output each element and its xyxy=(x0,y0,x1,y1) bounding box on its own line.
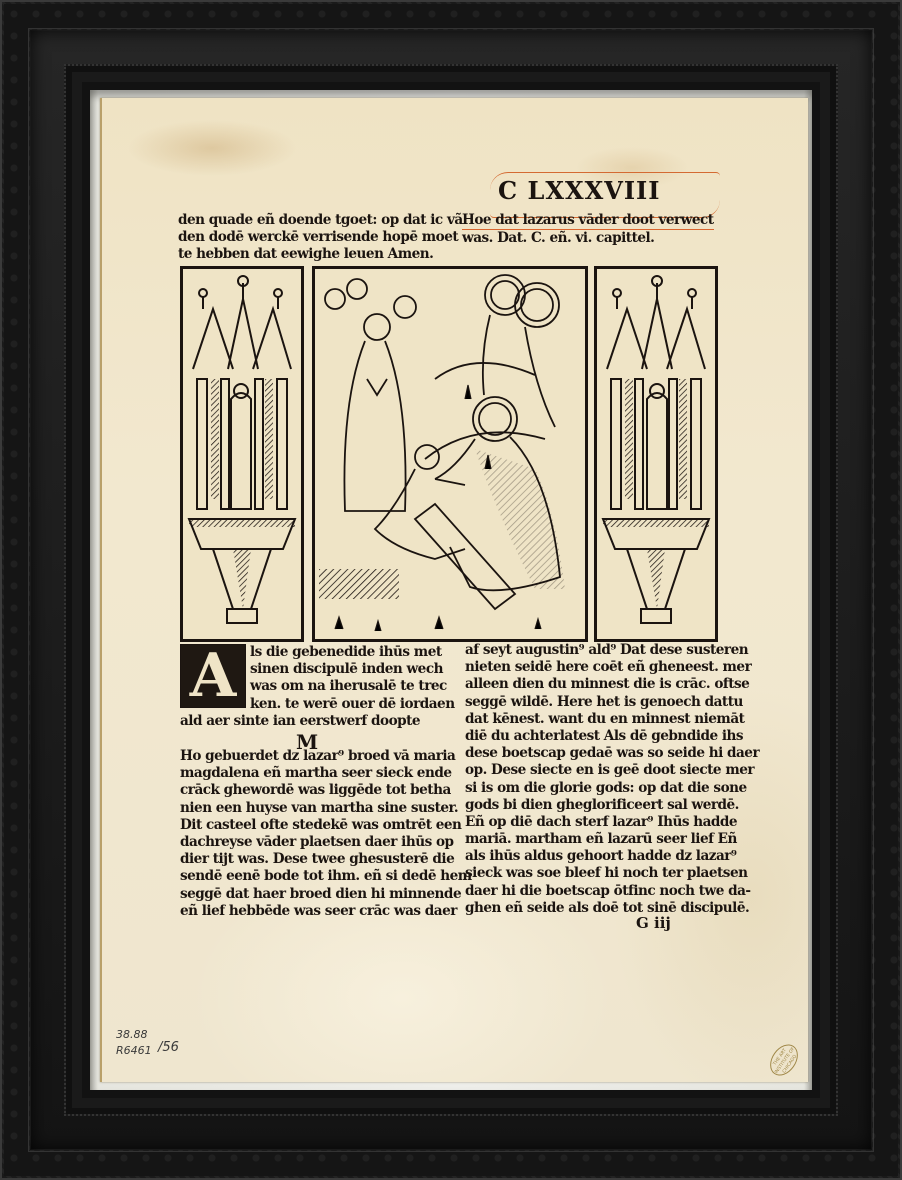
text-line: mariā. martham eñ lazarū seer lief Eñ xyxy=(465,831,759,848)
text-line: daer hi die boetscap ōtfinc noch twe da- xyxy=(465,883,759,900)
woodcut-right-niche xyxy=(594,266,718,642)
woodcut-raising-of-lazarus xyxy=(312,266,588,642)
text-line: den quade eñ doende tgoet: op dat ic vã xyxy=(178,212,463,229)
text-line: sendē eenē bode tot ihm. eñ si dedē hem xyxy=(180,868,472,885)
text-line: Eñ op diē dach sterf lazar⁹ Ihūs hadde xyxy=(465,814,759,831)
text-line: ken. te werē ouer dē iordaen xyxy=(250,696,455,713)
text-line: te hebben dat eewighe leuen Amen. xyxy=(178,246,463,263)
chapter-heading: Hoe dat lazarus vāder doot verwect was. … xyxy=(462,212,714,247)
text-line: seggē dat haer broed dien hi minnende xyxy=(180,886,472,903)
decorated-initial-a: A xyxy=(180,644,246,708)
text-line: sinen discipulē inden wech xyxy=(250,661,455,678)
text-line: dat kēnest. want du en minnest niemāt xyxy=(465,711,759,728)
text-line: ald aer sinte ian eerstwerf doopte xyxy=(180,713,420,730)
left-column-indented: ls die gebenedide ihūs met sinen discipu… xyxy=(250,644,455,713)
signature-mark: G iij xyxy=(636,914,671,932)
text-line: diē du achterlatest Als dē gebndide ihs xyxy=(465,728,759,745)
pencil-suffix: /56 xyxy=(158,1040,179,1055)
heading-line: Hoe dat lazarus vāder doot verwect xyxy=(462,212,714,230)
text-line: dier tijt was. Dese twee ghesusterē die xyxy=(180,851,472,868)
woodcut-left-niche xyxy=(180,266,304,642)
text-line: gods bi dien gheglorificeert sal werdē. xyxy=(465,797,759,814)
left-column-text: Ho gebuerdet dz lazar⁹ broed vā maria ma… xyxy=(180,748,472,920)
text-line: dachreyse vāder plaetsen daer ihūs op xyxy=(180,834,472,851)
raising-of-lazarus-scene-icon xyxy=(315,269,585,639)
text-line: af seyt augustin⁹ ald⁹ Dat dese susteren xyxy=(465,642,759,659)
text-line: was om na iherusalē te trec xyxy=(250,678,455,695)
text-line: als ihūs aldus gehoort hadde dz lazar⁹ xyxy=(465,848,759,865)
folio-number: C LXXXVIII xyxy=(498,176,661,205)
pencil-catalog-number: R6461 xyxy=(116,1044,152,1057)
text-line: ghen eñ seide als doē tot sinē discipulē… xyxy=(465,900,759,917)
text-line: Ho gebuerdet dz lazar⁹ broed vā maria xyxy=(180,748,472,765)
right-column-text: af seyt augustin⁹ ald⁹ Dat dese susteren… xyxy=(465,642,759,917)
text-line: seggē wildē. Here het is genoech dattu xyxy=(465,694,759,711)
text-line: sieck was soe bleef hi noch ter plaetsen xyxy=(465,865,759,882)
text-line: Dit casteel ofte stedekē was omtrēt een xyxy=(180,817,472,834)
text-line: magdalena eñ martha seer sieck ende xyxy=(180,765,472,782)
text-line: op. Dese siecte en is geē doot siecte me… xyxy=(465,762,759,779)
text-line: alleen dien du minnest die is crāc. ofts… xyxy=(465,676,759,693)
text-line: den dodē werckē verrisende hopē moet xyxy=(178,229,463,246)
pencil-accession-number: 38.88 xyxy=(116,1028,148,1041)
text-line: nien een huyse van martha sine suster. xyxy=(180,800,472,817)
text-line: ls die gebenedide ihūs met xyxy=(250,644,455,661)
top-left-text: den quade eñ doende tgoet: op dat ic vã … xyxy=(178,212,463,264)
heading-line: was. Dat. C. eñ. vi. capittel. xyxy=(462,230,714,247)
text-line: crāck ghewordē was liggēde tot betha xyxy=(180,782,472,799)
text-line: nieten seidē here coēt eñ gheneest. mer xyxy=(465,659,759,676)
left-column-text: ald aer sinte ian eerstwerf doopte xyxy=(180,713,420,730)
text-line: dese boetscap gedaē was so seide hi daer xyxy=(465,745,759,762)
text-line: si is om die glorie gods: op dat die son… xyxy=(465,780,759,797)
gothic-niche-icon xyxy=(183,269,301,639)
gothic-niche-icon xyxy=(597,269,715,639)
text-line: eñ lief hebbēde was seer crāc was daer xyxy=(180,903,472,920)
